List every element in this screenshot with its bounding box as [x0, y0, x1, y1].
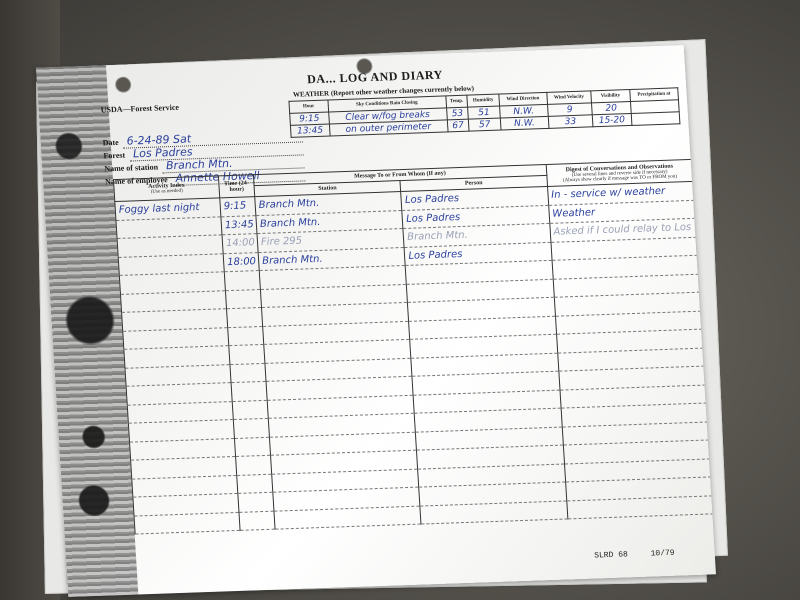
binder-hole: [115, 76, 132, 93]
weather-cell: [631, 112, 680, 126]
weather-column-header: Humidity: [467, 94, 499, 107]
log-cell-empty: [134, 512, 240, 534]
log-cell-empty: [236, 455, 272, 475]
log-cell-empty: [420, 500, 567, 524]
header-field-label: Date: [102, 138, 119, 148]
log-cell-empty: [237, 474, 273, 494]
log-cell-empty: [238, 492, 274, 512]
log-cell-time: 18:00: [223, 252, 259, 272]
log-cell-empty: [566, 495, 713, 519]
header-field-label: Forest: [103, 151, 125, 161]
log-cell-empty: [228, 326, 264, 346]
weather-cell: 15-20: [592, 113, 632, 126]
weather-cell: 57: [469, 118, 501, 131]
log-table: Activity Index (Use as needed) Time (24-…: [113, 159, 714, 535]
weather-cell: 53: [446, 107, 468, 120]
paper-stack: DA... LOG AND DIARY USDA—Forest Service …: [0, 0, 800, 600]
log-form-sheet: DA... LOG AND DIARY USDA—Forest Service …: [36, 45, 716, 597]
weather-cell: 67: [447, 119, 469, 132]
weather-column-header: Temp.: [445, 95, 467, 108]
agency-label: USDA—Forest Service: [100, 103, 179, 115]
log-cell-empty: [274, 506, 421, 530]
log-cell-empty: [225, 289, 261, 309]
form-revision: 10/79: [650, 549, 675, 559]
log-cell-empty: [229, 344, 265, 364]
log-cell-empty: [230, 363, 266, 383]
log-cell-empty: [232, 400, 268, 420]
log-cell-empty: [239, 511, 275, 531]
log-cell-empty: [231, 381, 267, 401]
weather-cell: N.W.: [500, 116, 549, 130]
log-cell-empty: [234, 437, 270, 457]
form-number: SLRD 68: [594, 550, 628, 560]
weather-cell: 51: [468, 106, 500, 119]
weather-cell: 13:45: [290, 124, 329, 137]
log-cell-empty: [227, 307, 263, 327]
form-footer: SLRD 68 10/79: [576, 549, 675, 561]
log-cell-empty: [224, 271, 260, 291]
log-cell-time: 9:15: [220, 197, 256, 217]
form-title: DA... LOG AND DIARY: [307, 68, 444, 88]
weather-cell: 33: [548, 115, 593, 129]
log-cell-time: 13:45: [221, 215, 257, 235]
log-cell-empty: [233, 418, 269, 438]
log-cell-time: 14:00: [222, 234, 258, 254]
header-field-label: Name of station: [104, 163, 158, 174]
time-header: Time (24-hour): [218, 175, 254, 198]
